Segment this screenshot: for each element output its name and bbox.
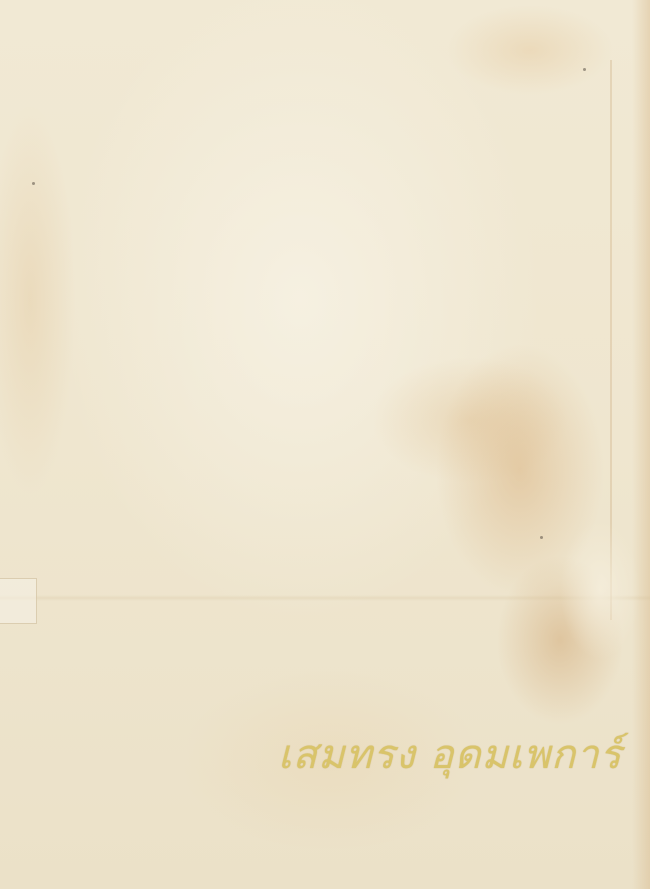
book-cover: เสมทรง อุดมเพการ์: [0, 0, 650, 889]
cover-edge-shadow: [632, 0, 650, 889]
label-sticker: [0, 578, 37, 624]
gold-signature: เสมทรง อุดมเพการ์: [278, 722, 622, 786]
dust-spot: [540, 536, 543, 539]
dust-spot: [32, 182, 35, 185]
water-stain: [560, 520, 640, 660]
cover-fold-line: [0, 595, 650, 601]
dust-spot: [583, 68, 586, 71]
